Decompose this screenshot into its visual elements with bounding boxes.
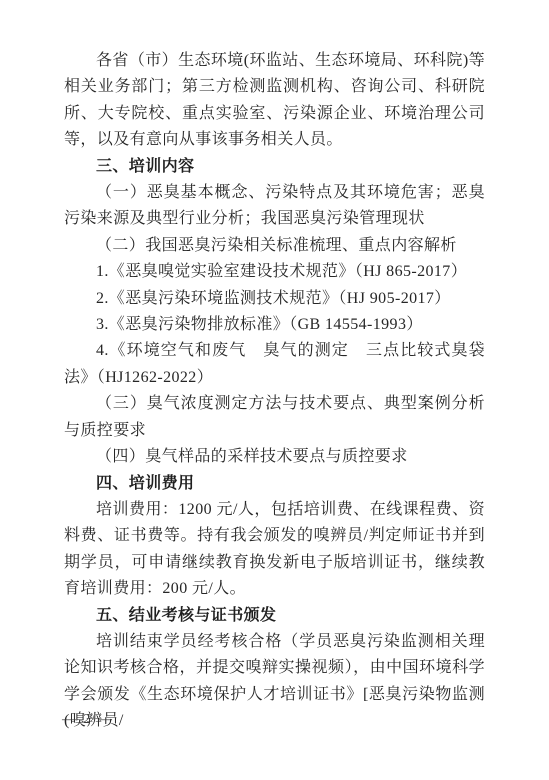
section-heading-training-fee: 四、培训费用	[64, 471, 485, 497]
paragraph-training-fee: 培训费用：1200 元/人，包括培训费、在线课程费、资料费、证书费等。持有我会颁…	[64, 497, 485, 603]
page-number: — 2 —	[62, 712, 114, 728]
standard-item-2: 2.《恶臭污染环境监测技术规范》（HJ 905-2017）	[64, 286, 485, 312]
paragraph-assessment-certificate: 培训结束学员经考核合格（学员恶臭污染监测相关理论知识考核合格，并提交嗅辩实操视频…	[64, 629, 485, 735]
training-content-item-4: （四）臭气样品的采样技术要点与质控要求	[64, 444, 485, 470]
paragraph-target-audience: 各省（市）生态环境(环监站、生态环境局、环科院)等相关业务部门；第三方检测监测机…	[64, 48, 485, 154]
standard-item-3: 3.《恶臭污染物排放标准》（GB 14554-1993）	[64, 312, 485, 338]
standard-item-4: 4.《环境空气和废气 臭气的测定 三点比较式臭袋法》（HJ1262-2022）	[64, 338, 485, 391]
section-heading-training-content: 三、培训内容	[64, 154, 485, 180]
standard-item-1: 1.《恶臭嗅觉实验室建设技术规范》（HJ 865-2017）	[64, 259, 485, 285]
training-content-item-1: （一）恶臭基本概念、污染特点及其环境危害；恶臭污染来源及典型行业分析；我国恶臭污…	[64, 180, 485, 233]
training-content-item-2: （二）我国恶臭污染相关标准梳理、重点内容解析	[64, 233, 485, 259]
document-page: 各省（市）生态环境(环监站、生态环境局、环科院)等相关业务部门；第三方检测监测机…	[0, 0, 549, 780]
section-heading-assessment-certificate: 五、结业考核与证书颁发	[64, 603, 485, 629]
training-content-item-3: （三）臭气浓度测定方法与技术要点、典型案例分析与质控要求	[64, 391, 485, 444]
document-body: 各省（市）生态环境(环监站、生态环境局、环科院)等相关业务部门；第三方检测监测机…	[64, 48, 485, 735]
